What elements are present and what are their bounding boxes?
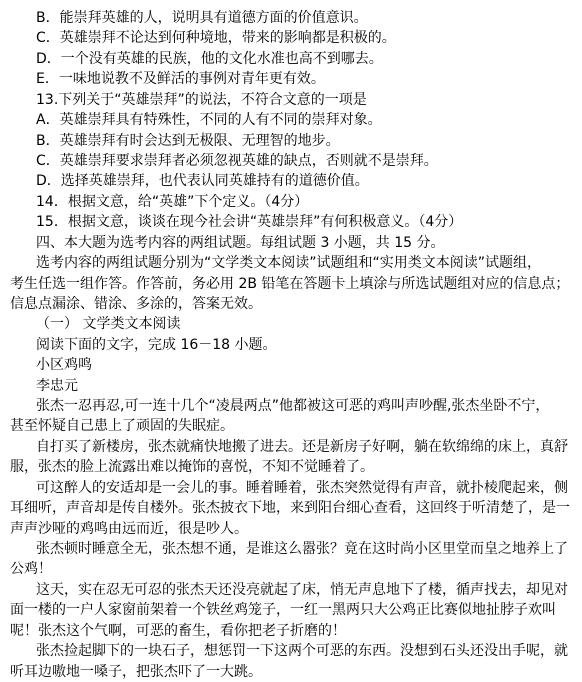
- q15: 15．根据文意，谈谈在现今社会讲“英雄崇拜”有何积极意义。（4分）: [36, 212, 462, 232]
- q14: 14．根据文意，给“英雄”下个定义。（4分）: [36, 192, 308, 212]
- story-paragraph-line: 可这醉人的安适却是一会儿的事。睡着睡着，张杰突然觉得有声音，就扑棱爬起来，侧: [36, 478, 568, 498]
- q13-option-a: A．英雄崇拜具有特殊性，不同的人有不同的崇拜对象。: [36, 110, 382, 130]
- section4-instructions-1: 选考内容的两组试题分别为“文学类文本阅读”试题组和“实用类文本阅读”试题组，: [36, 253, 541, 273]
- q13-option-b: B．英雄崇拜有时会达到无极限、无理智的地步。: [36, 131, 340, 151]
- q12-option-e: E．一味地说教不及鲜活的事例对青年更有效。: [36, 69, 325, 89]
- subsection-title: （一） 文学类文本阅读: [36, 314, 180, 334]
- story-paragraph-line: 面一楼的一户人家窗前架着一个铁丝鸡笼子，一红一黑两只大公鸡正比赛似地扯脖子欢叫: [10, 600, 556, 620]
- section4-instructions-3: 信息点漏涂、错涂、多涂的，答案无效。: [10, 294, 262, 314]
- story-paragraph-line: 服，张杰的脸上流露出难以掩饰的喜悦，不知不觉睡着了。: [10, 457, 374, 477]
- q13-stem: 13.下列关于“英雄崇拜”的说法，不符合文意的一项是: [36, 90, 367, 110]
- story-title: 小区鸡鸣: [36, 355, 92, 375]
- story-paragraph-line: 张杰一忍再忍,可一连十几个“凌晨两点”他都被这可恶的鸡叫声吵醒,张杰坐卧不宁，: [36, 396, 549, 416]
- story-paragraph-line: 张杰捡起脚下的一块石子，想惩罚一下这两个可恶的东西。没想到石头还没出手呢，就: [36, 641, 568, 661]
- q13-option-d: D．选择英雄崇拜，也代表认同英雄持有的道德价值。: [36, 171, 369, 191]
- section4-instructions-2: 考生任选一组作答。作答前，务必用 2B 铅笔在答题卡上填涂与所选试题组对应的信息…: [10, 274, 569, 294]
- reading-prompt: 阅读下面的文字，完成 16－18 小题。: [36, 335, 277, 355]
- story-paragraph-line: 自打买了新楼房，张杰就痛快地搬了进去。还是新房子好啊，躺在软绵绵的床上，真舒: [36, 437, 568, 457]
- story-author: 李忠元: [36, 376, 78, 396]
- story-paragraph-line: 这天，实在忍无可忍的张杰天还没亮就起了床，悄无声息地下了楼，循声找去，却见对: [36, 580, 568, 600]
- story-paragraph-line: 声声沙哑的鸡鸣由远而近，很是吵人。: [10, 519, 248, 539]
- q12-option-c: C．英雄崇拜不论达到何种境地，带来的影响都是积极的。: [36, 28, 396, 48]
- story-paragraph-line: 听耳边嗷地一嗓子，把张杰吓了一大跳。: [10, 662, 262, 682]
- story-paragraph-line: 张杰顿时睡意全无，张杰想不通，是谁这么嚣张？竟在这时尚小区里堂而皇之地养上了: [36, 539, 568, 559]
- story-paragraph-line: 呢！张杰这个气啊，可恶的畜生，看你把老子折磨的！: [10, 621, 346, 641]
- q12-option-b: B．能崇拜英雄的人，说明具有道德方面的价值意识。: [36, 8, 368, 28]
- story-paragraph-line: 公鸡！: [10, 559, 52, 579]
- q13-option-c: C．英雄崇拜要求崇拜者必须忽视英雄的缺点，否则就不是崇拜。: [36, 151, 438, 171]
- q12-option-d: D．一个没有英雄的民族，他的文化水准也高不到哪去。: [36, 49, 383, 69]
- story-paragraph-line: 甚至怀疑自己患上了顽固的失眠症。: [10, 416, 234, 436]
- story-paragraph-line: 耳细听，声音却是传自楼外。张杰披衣下地，来到阳台细心查看，这回终于听清楚了，是一: [10, 498, 570, 518]
- section4-title: 四、本大题为选考内容的两组试题。每组试题 3 小题，共 15 分。: [36, 233, 445, 253]
